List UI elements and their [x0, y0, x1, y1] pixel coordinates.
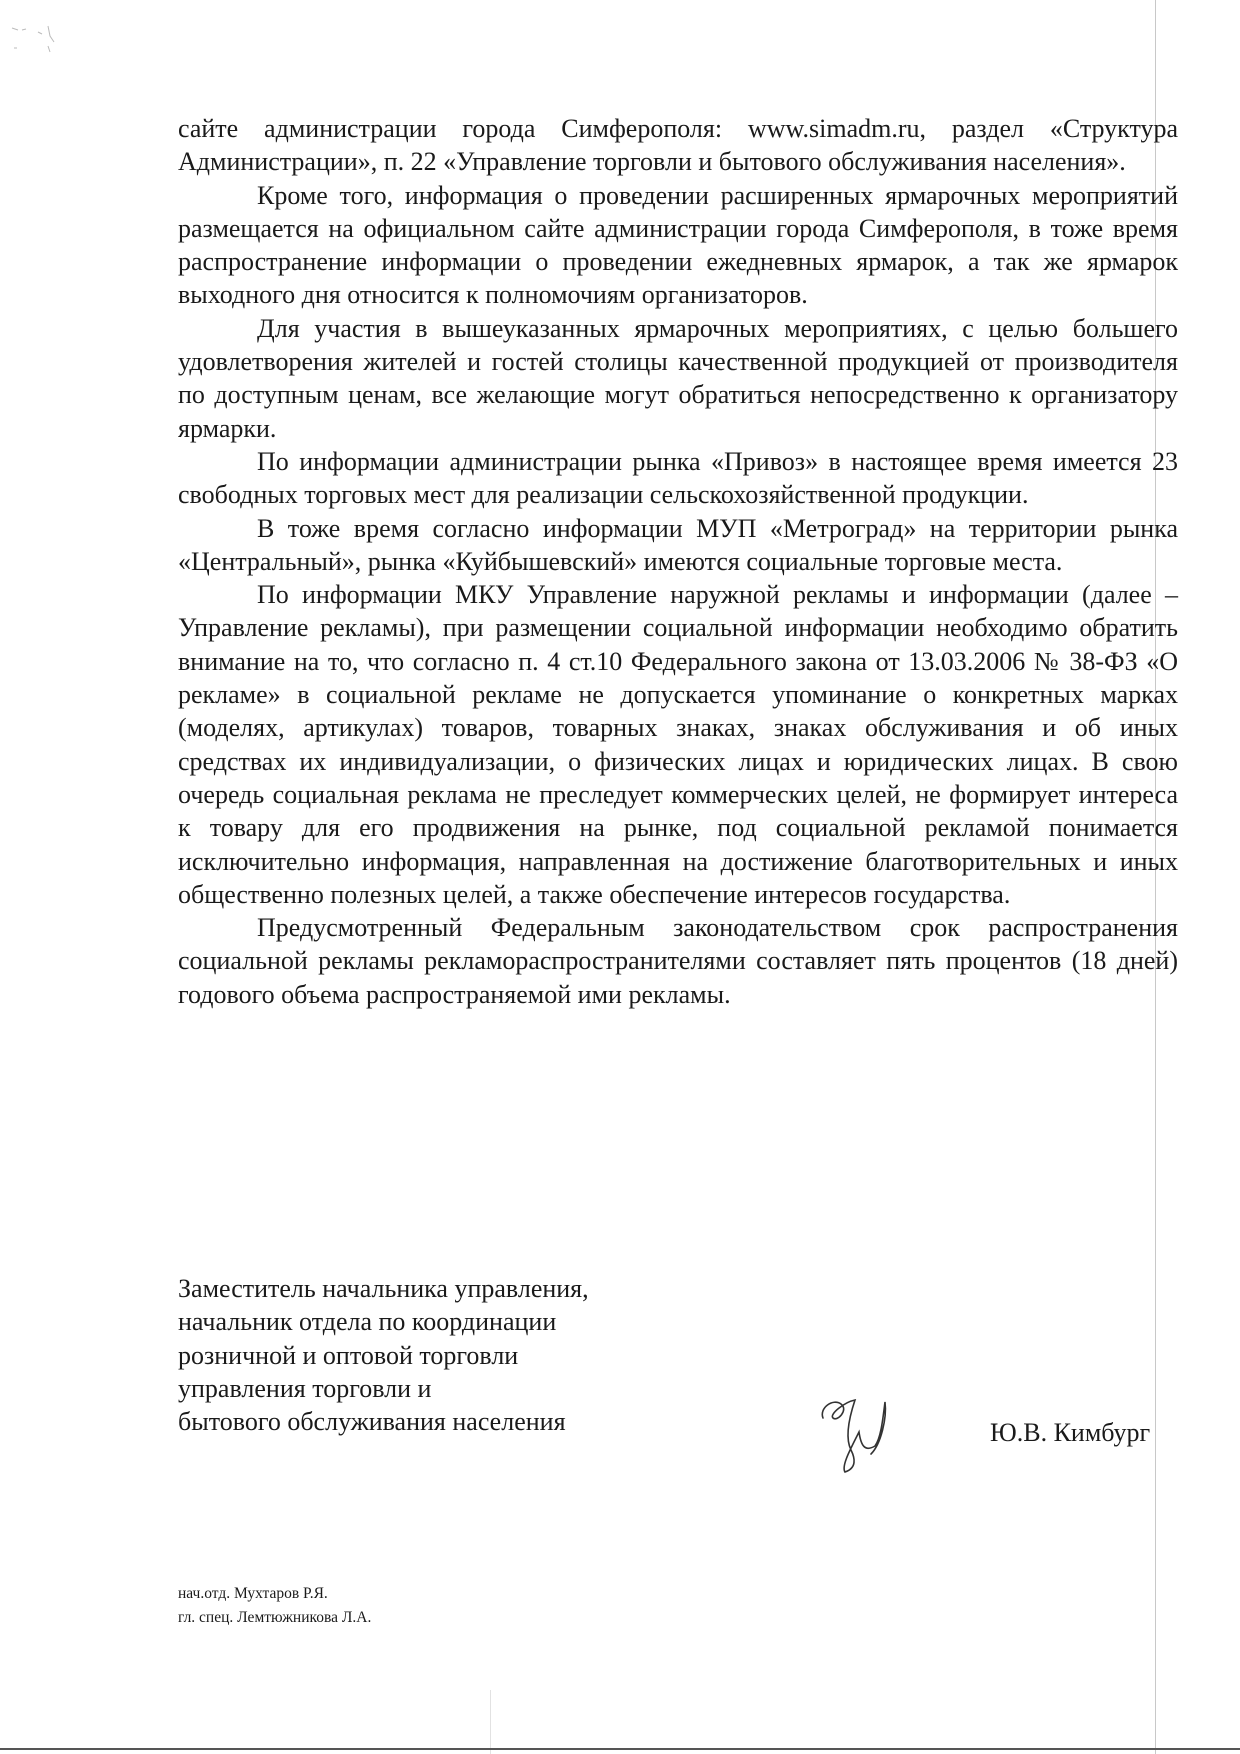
signatory-title-line: Заместитель начальника управления, — [178, 1272, 589, 1305]
paragraph-1: сайте администрации города Симферополя: … — [178, 112, 1178, 179]
executor-line: гл. спец. Лемтюжникова Л.А. — [178, 1606, 371, 1630]
executors-footer: нач.отд. Мухтаров Р.Я. гл. спец. Лемтюжн… — [178, 1582, 371, 1630]
letter-body: сайте администрации города Симферополя: … — [178, 112, 1178, 1011]
paragraph-2: Кроме того, информация о проведении расш… — [178, 179, 1178, 312]
paragraph-4: По информации администрации рынка «Приво… — [178, 445, 1178, 512]
handwritten-signature-icon — [815, 1388, 905, 1478]
paragraph-6: По информации МКУ Управление наружной ре… — [178, 578, 1178, 911]
signatory-title-line: бытового обслуживания населения — [178, 1405, 589, 1438]
scan-artifact-marks — [8, 18, 108, 78]
executor-line: нач.отд. Мухтаров Р.Я. — [178, 1582, 371, 1606]
scan-artifact-bottom-edge — [0, 1748, 1240, 1750]
signatory-title: Заместитель начальника управления, начал… — [178, 1272, 589, 1438]
signatory-title-line: начальник отдела по координации — [178, 1305, 589, 1338]
paragraph-7: Предусмотренный Федеральным законодатель… — [178, 911, 1178, 1011]
signatory-title-line: розничной и оптовой торговли — [178, 1339, 589, 1372]
signer-name: Ю.В. Кимбург — [990, 1418, 1150, 1448]
scan-artifact-faint-line — [490, 1690, 491, 1754]
paragraph-5: В тоже время согласно информации МУП «Ме… — [178, 512, 1178, 579]
paragraph-3: Для участия в вышеуказанных ярмарочных м… — [178, 312, 1178, 445]
signatory-title-line: управления торговли и — [178, 1372, 589, 1405]
